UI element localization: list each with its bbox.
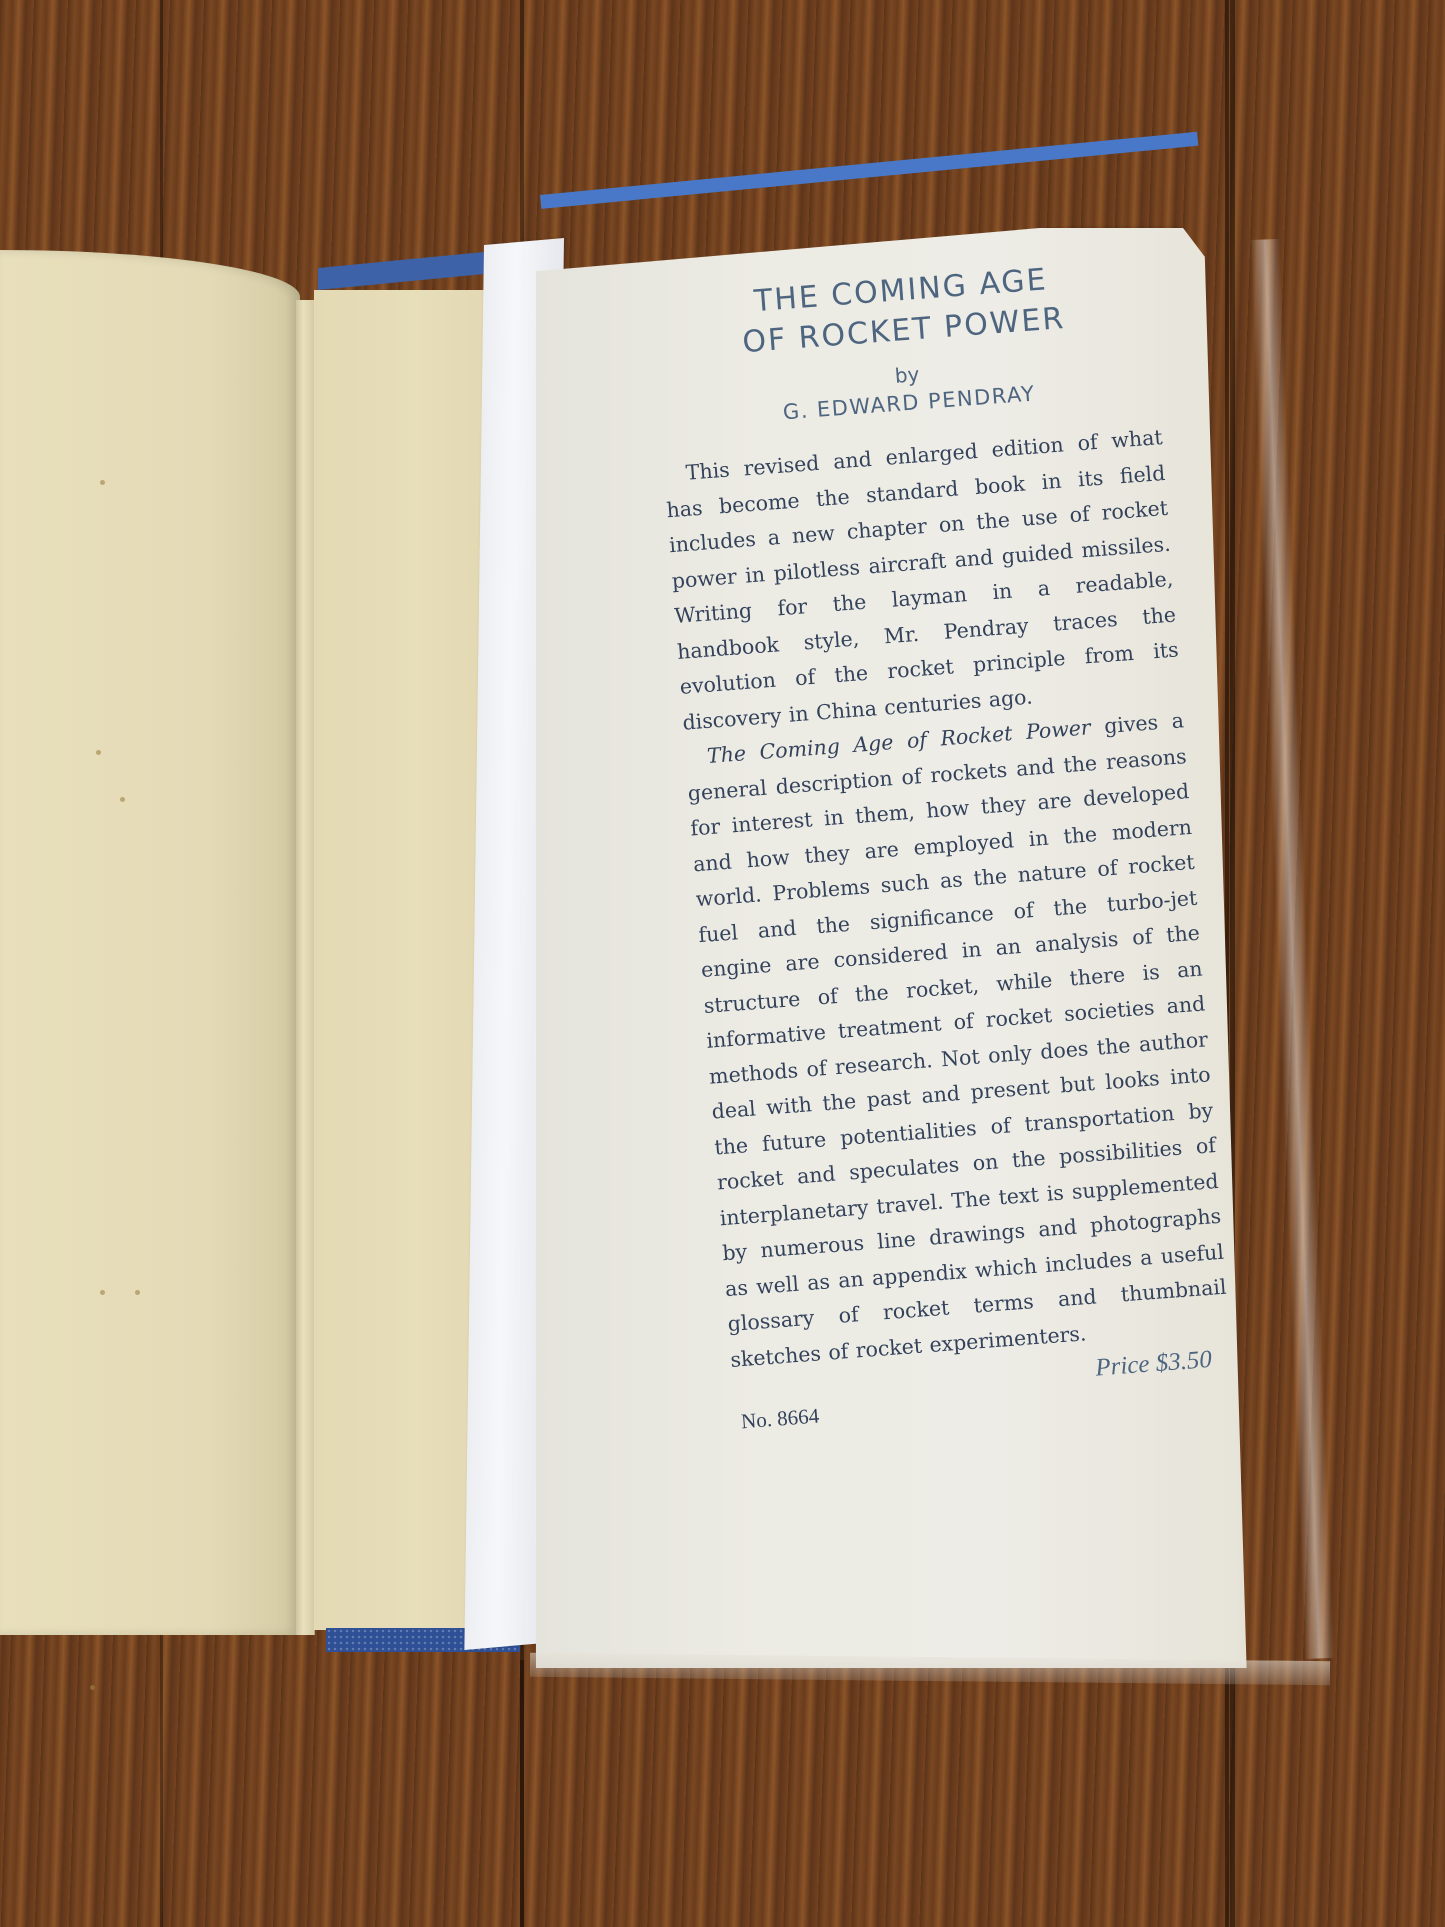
foxing-spot [120, 797, 125, 802]
mylar-sheen [1250, 239, 1334, 1659]
flap-text-block: THE COMING AGE OF ROCKET POWER by G. EDW… [650, 253, 1235, 1435]
floor-board-seam [520, 1660, 524, 1927]
book-gutter [296, 300, 315, 1635]
paragraph-2-text: gives a general description of rockets a… [687, 708, 1227, 1371]
left-page [0, 250, 300, 1635]
description-paragraph-2: The Coming Age of Rocket Power gives a g… [684, 703, 1231, 1378]
foxing-spot [90, 1685, 95, 1690]
jacket-top-edge [540, 132, 1198, 209]
foxing-spot [100, 480, 105, 485]
foxing-spot [135, 1290, 140, 1295]
description-paragraph-1: This revised and enlarged edition of wha… [663, 420, 1183, 741]
foxing-spot [96, 750, 101, 755]
foxing-spot [100, 1290, 105, 1295]
